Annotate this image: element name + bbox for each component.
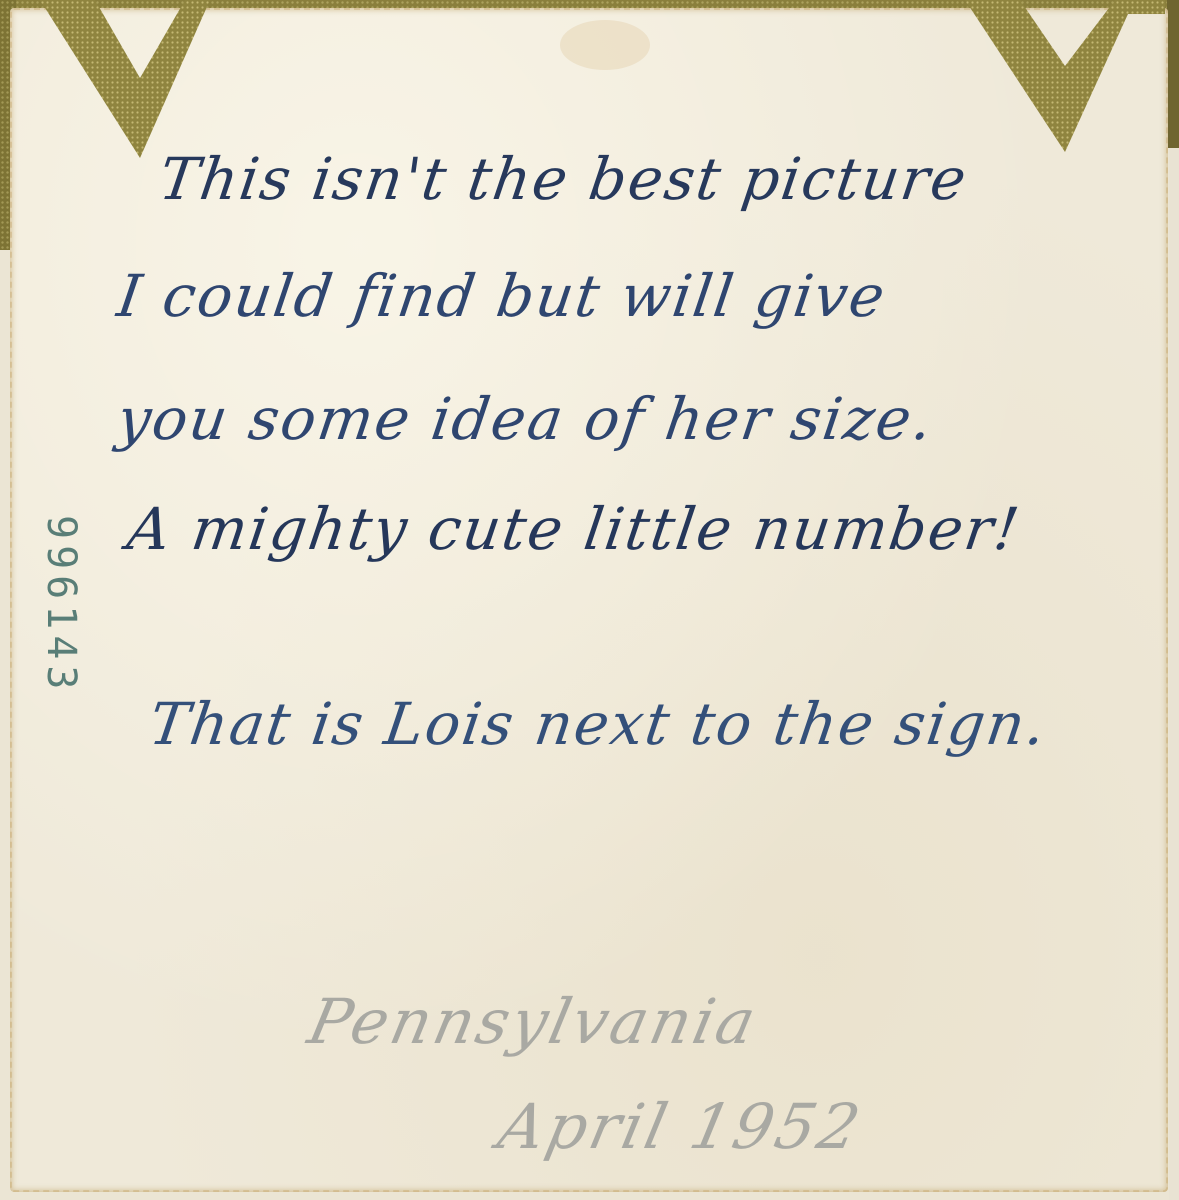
photo-corner-right-icon <box>965 0 1165 155</box>
album-page-edge <box>1169 148 1179 1200</box>
album-mount-strip-right <box>1167 0 1179 148</box>
pencil-place-annotation: Pennsylvania <box>302 985 764 1058</box>
processing-stamp: 996143 <box>38 515 84 696</box>
note-line-3: you some idea of her size. <box>113 385 938 453</box>
note-line-2: I could find but will give <box>113 262 890 330</box>
paper-stain <box>560 20 650 70</box>
pencil-date-annotation: April 1952 <box>492 1090 869 1163</box>
photo-corner-left-icon <box>40 0 210 160</box>
note-line-5: That is Lois next to the sign. <box>145 690 1051 758</box>
note-line-4: A mighty cute little number! <box>123 495 1025 563</box>
note-line-1: This isn't the best picture <box>155 145 972 213</box>
